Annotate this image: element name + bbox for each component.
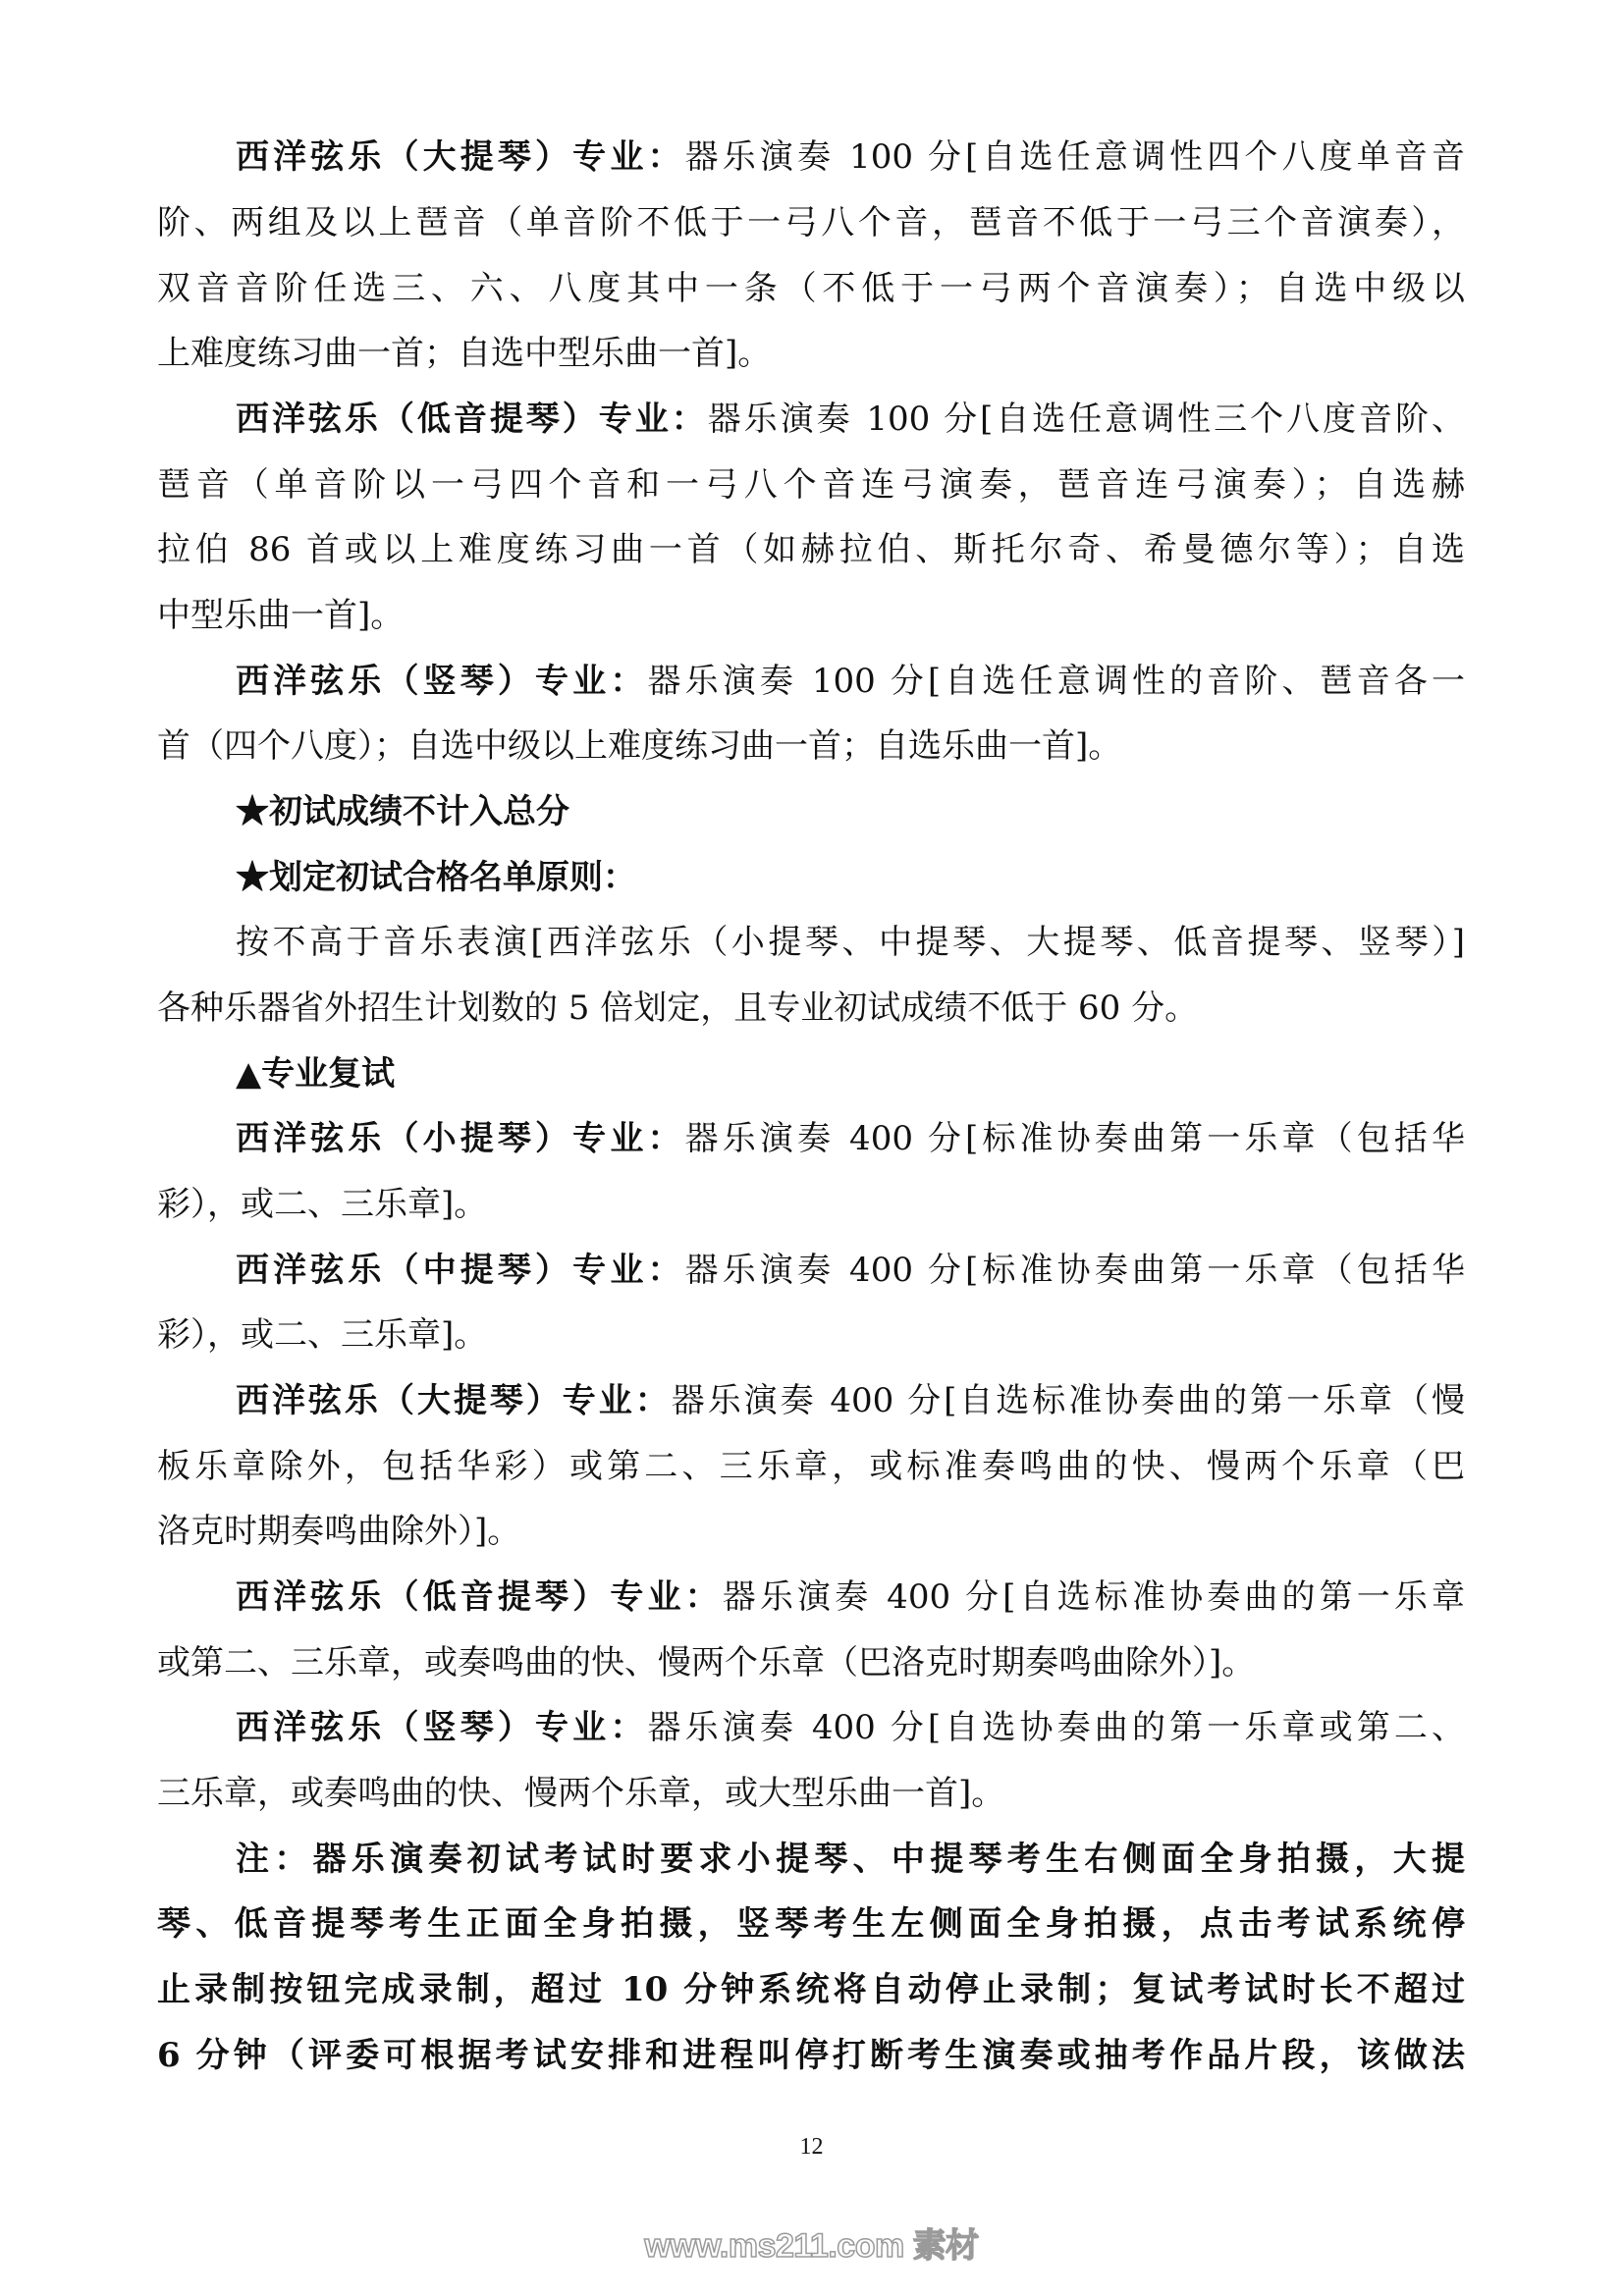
text-line: 西洋弦乐（小提琴）专业：器乐演奏 400 分[标准协奏曲第一乐章（包括华 bbox=[236, 1117, 1465, 1160]
paragraph-text: 器乐演奏 100 分[自选任意调性的音阶、琶音各一 bbox=[647, 662, 1465, 701]
text-line: 西洋弦乐（竖琴）专业：器乐演奏 100 分[自选任意调性的音阶、琶音各一 bbox=[236, 660, 1465, 703]
document-page: 西洋弦乐（大提琴）专业：器乐演奏 100 分[自选任意调性四个八度单音音 阶、两… bbox=[0, 0, 1623, 2296]
text-line: 或第二、三乐章，或奏鸣曲的快、慢两个乐章（巴洛克时期奏鸣曲除外）]。 bbox=[157, 1641, 1465, 1684]
paragraph-heading: 西洋弦乐（大提琴）专业： bbox=[236, 1381, 672, 1420]
text-line: 拉伯 86 首或以上难度练习曲一首（如赫拉伯、斯托尔奇、希曼德尔等）；自选 bbox=[157, 528, 1465, 571]
text-line: 各种乐器省外招生计划数的 5 倍划定，且专业初试成绩不低于 60 分。 bbox=[157, 987, 1465, 1030]
text-line: 西洋弦乐（大提琴）专业：器乐演奏 100 分[自选任意调性四个八度单音音 bbox=[236, 135, 1465, 179]
note-line: 6 分钟（评委可根据考试安排和进程叫停打断考生演奏或抽考作品片段，该做法 bbox=[157, 2034, 1465, 2077]
paragraph-heading: 西洋弦乐（大提琴）专业： bbox=[236, 137, 685, 177]
section-heading-retest: ▲专业复试 bbox=[236, 1052, 1465, 1095]
text-line: 阶、两组及以上琶音（单音阶不低于一弓八个音，琶音不低于一弓三个音演奏）， bbox=[157, 201, 1465, 244]
text-line: 西洋弦乐（低音提琴）专业：器乐演奏 100 分[自选任意调性三个八度音阶、 bbox=[236, 398, 1465, 441]
text-line: 西洋弦乐（低音提琴）专业：器乐演奏 400 分[自选标准协奏曲的第一乐章 bbox=[236, 1575, 1465, 1619]
note-qualification-rule-heading: ★划定初试合格名单原则： bbox=[236, 856, 1465, 899]
note-line: 止录制按钮完成录制，超过 10 分钟系统将自动停止录制；复试考试时长不超过 bbox=[157, 1968, 1465, 2011]
text-line: 彩），或二、三乐章]。 bbox=[157, 1313, 1465, 1357]
paragraph-heading: 西洋弦乐（竖琴）专业： bbox=[236, 662, 647, 701]
paragraph-heading: 西洋弦乐（竖琴）专业： bbox=[236, 1708, 647, 1747]
text-line: 首（四个八度）；自选中级以上难度练习曲一首；自选乐曲一首]。 bbox=[157, 724, 1465, 768]
paragraph-heading: 西洋弦乐（中提琴）专业： bbox=[236, 1251, 685, 1290]
paragraph-heading: 西洋弦乐（低音提琴）专业： bbox=[236, 400, 708, 439]
paragraph-heading: 西洋弦乐（小提琴）专业： bbox=[236, 1119, 685, 1158]
text-line: 洛克时期奏鸣曲除外）]。 bbox=[157, 1510, 1465, 1553]
paragraph-text: 器乐演奏 400 分[标准协奏曲第一乐章（包括华 bbox=[685, 1119, 1465, 1158]
paragraph-text: 器乐演奏 100 分[自选任意调性三个八度音阶、 bbox=[708, 400, 1465, 439]
text-line: 彩），或二、三乐章]。 bbox=[157, 1183, 1465, 1226]
text-line: 西洋弦乐（中提琴）专业：器乐演奏 400 分[标准协奏曲第一乐章（包括华 bbox=[236, 1249, 1465, 1292]
paragraph-text: 器乐演奏 400 分[自选标准协奏曲的第一乐章 bbox=[723, 1577, 1465, 1617]
note-initial-score-not-counted: ★初试成绩不计入总分 bbox=[236, 790, 1465, 833]
paragraph-text: 器乐演奏 400 分[标准协奏曲第一乐章（包括华 bbox=[685, 1251, 1465, 1290]
text-line: 双音音阶任选三、六、八度其中一条（不低于一弓两个音演奏）；自选中级以 bbox=[157, 267, 1465, 310]
text-line: 三乐章，或奏鸣曲的快、慢两个乐章，或大型乐曲一首]。 bbox=[157, 1772, 1465, 1815]
text-line: 中型乐曲一首]。 bbox=[157, 594, 1465, 637]
text-line: 西洋弦乐（竖琴）专业：器乐演奏 400 分[自选协奏曲的第一乐章或第二、 bbox=[236, 1706, 1465, 1749]
text-line: 上难度练习曲一首；自选中型乐曲一首]。 bbox=[157, 332, 1465, 375]
note-line: 琴、低音提琴考生正面全身拍摄，竖琴考生左侧面全身拍摄，点击考试系统停 bbox=[157, 1902, 1465, 1946]
text-line: 按不高于音乐表演[西洋弦乐（小提琴、中提琴、大提琴、低音提琴、竖琴）] bbox=[236, 921, 1465, 964]
text-line: 板乐章除外，包括华彩）或第二、三乐章，或标准奏鸣曲的快、慢两个乐章（巴 bbox=[157, 1445, 1465, 1488]
note-line: 注：器乐演奏初试考试时要求小提琴、中提琴考生右侧面全身拍摄，大提 bbox=[236, 1838, 1465, 1881]
text-line: 西洋弦乐（大提琴）专业：器乐演奏 400 分[自选标准协奏曲的第一乐章（慢 bbox=[236, 1379, 1465, 1422]
watermark: www.ms211.com 素材 bbox=[0, 2218, 1623, 2267]
paragraph-text: 器乐演奏 400 分[自选协奏曲的第一乐章或第二、 bbox=[647, 1708, 1465, 1747]
page-number: 12 bbox=[0, 2134, 1623, 2161]
paragraph-heading: 西洋弦乐（低音提琴）专业： bbox=[236, 1577, 723, 1617]
text-line: 琶音（单音阶以一弓四个音和一弓八个音连弓演奏，琶音连弓演奏）；自选赫 bbox=[157, 463, 1465, 507]
paragraph-text: 器乐演奏 400 分[自选标准协奏曲的第一乐章（慢 bbox=[672, 1381, 1465, 1420]
paragraph-text: 器乐演奏 100 分[自选任意调性四个八度单音音 bbox=[685, 137, 1465, 177]
